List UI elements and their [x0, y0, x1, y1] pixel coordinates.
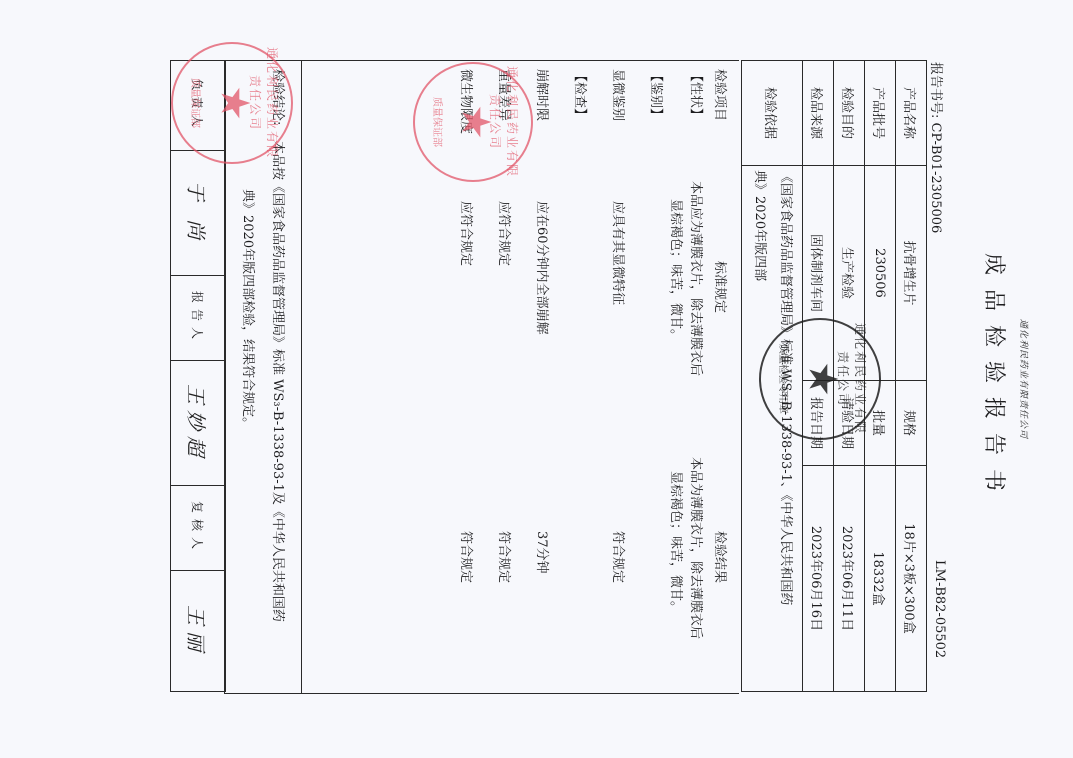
standard-microbial-limit: 应符合规定 [458, 201, 477, 266]
standard-appearance: 本品应为薄膜衣片，除去薄膜衣后 [688, 181, 707, 376]
quantity-value: 18332盒 [865, 466, 896, 692]
item-microscopic: 显微鉴别 [610, 69, 629, 121]
product-name-value: 抗骨增生片 [896, 166, 927, 381]
reporter-label: 报告人 [171, 276, 226, 361]
source-label: 检品来源 [803, 61, 834, 166]
standard-weight-variation: 应符合规定 [496, 201, 515, 266]
signature-table: 负责人 于 尚 报告人 王妙超 复核人 王丽 [170, 60, 226, 692]
standard-appearance-2: 显棕褐色；味苦，微甘。 [668, 199, 687, 342]
basis-line-2: 典》2020年版四部 [746, 170, 772, 687]
result-microscopic: 符合规定 [610, 531, 629, 583]
standard-microscopic: 应具有其显微特征 [610, 201, 629, 305]
col-standard-header: 标准规定 [712, 261, 731, 313]
batch-label: 产品批号 [865, 61, 896, 166]
purpose-label: 检验目的 [834, 61, 865, 166]
purpose-value: 生产检验 [834, 166, 865, 381]
reviewer-signature: 王丽 [171, 571, 226, 692]
report-date-label: 报告日期 [803, 381, 834, 466]
basis-line-1: 《国家食品药品监督管理局》标准 WS₃-B-1338-93-1、《中华人民共和国… [772, 170, 798, 687]
result-appearance: 本品为薄膜衣片，除去薄膜衣后 [688, 457, 707, 639]
source-value: 固体制剂车间 [803, 166, 834, 381]
batch-value: 230506 [865, 166, 896, 381]
responsible-signature: 于 尚 [171, 151, 226, 276]
reviewer-label: 复核人 [171, 486, 226, 571]
request-date-value: 2023年06月11日 [834, 466, 865, 692]
conclusion: 检验结论: 本品按《国家食品药品监督管理局》标准 WS₃-B-1338-93-1… [225, 61, 302, 693]
basis-value: 《国家食品药品监督管理局》标准 WS₃-B-1338-93-1、《中华人民共和国… [742, 166, 803, 692]
request-date-label: 请验日期 [834, 381, 865, 466]
item-microbial-limit: 微生物限度 [458, 69, 477, 134]
reporter-signature: 王妙超 [171, 361, 226, 486]
item-weight-variation: 重量差异 [496, 69, 515, 121]
item-appearance: 【性状】 [688, 69, 707, 121]
quantity-label: 批量 [865, 381, 896, 466]
spec-value: 18片×3板×300盒 [896, 466, 927, 692]
result-weight-variation: 符合规定 [496, 531, 515, 583]
responsible-label: 负责人 [171, 61, 226, 151]
report-title: 成品检验报告书 [980, 0, 1011, 758]
standard-disintegration: 应在60分钟内全部崩解 [534, 201, 553, 335]
items-section: 检验项目 标准规定 检验结果 【性状】 本品应为薄膜衣片，除去薄膜衣后 显棕褐色… [224, 60, 739, 694]
item-inspection: 【检查】 [572, 69, 591, 121]
col-result-header: 检验结果 [712, 531, 731, 583]
items-area: 检验项目 标准规定 检验结果 【性状】 本品应为薄膜衣片，除去薄膜衣后 显棕褐色… [302, 61, 739, 693]
conclusion-line-1: 本品按《国家食品药品监督管理局》标准 WS₃-B-1338-93-1及《中华人民… [270, 141, 289, 622]
result-disintegration: 37分钟 [534, 531, 553, 574]
company-name: 通化利民药业有限责任公司 [1018, 0, 1031, 758]
spec-label: 规格 [896, 381, 927, 466]
report-date-value: 2023年06月16日 [803, 466, 834, 692]
result-microbial-limit: 符合规定 [458, 531, 477, 583]
basis-label: 检验依据 [742, 61, 803, 166]
col-item-header: 检验项目 [712, 69, 731, 121]
inspection-report-page: 通化利民药业有限责任公司 成品检验报告书 报告书号: CP-B01-230500… [0, 0, 1073, 758]
conclusion-label: 检验结论: [270, 69, 289, 125]
info-table: 产品名称 抗骨增生片 规格 18片×3板×300盒 产品批号 230506 批量… [741, 60, 927, 692]
item-identification: 【鉴别】 [648, 69, 667, 121]
report-number: 报告书号: CP-B01-2305006 [928, 62, 947, 233]
product-name-label: 产品名称 [896, 61, 927, 166]
form-number: LM-B82-05502 [932, 560, 947, 658]
report-number-value: CP-B01-2305006 [928, 123, 943, 234]
result-appearance-2: 显棕褐色；味苦，微甘。 [668, 471, 687, 614]
item-disintegration: 崩解时限 [534, 69, 553, 121]
conclusion-line-2: 典》2020年版四部检验，结果符合规定。 [240, 189, 259, 430]
report-number-label: 报告书号: [928, 62, 943, 118]
